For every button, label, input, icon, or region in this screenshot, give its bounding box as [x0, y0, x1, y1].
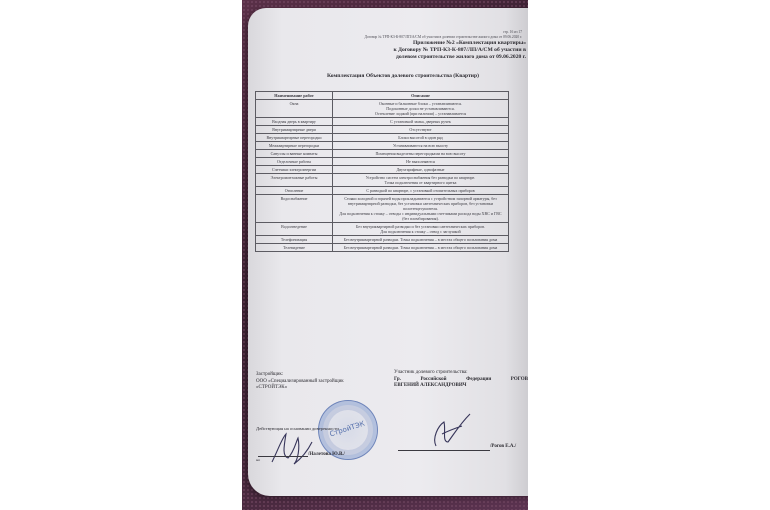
table-row: Отделочные работыНе выполняются	[256, 158, 509, 166]
participant-block: Участник долевого строительства: Гр. Рос…	[394, 370, 528, 390]
work-name-cell: Внутриквартирные двери	[256, 126, 333, 134]
work-name-cell: Отопление	[256, 187, 333, 195]
developer-signature	[268, 428, 316, 468]
participant-signatory: /Рогов Е.А./	[490, 444, 516, 451]
table-row: Счетчики электроэнергииДвухтарифные, одн…	[256, 166, 509, 174]
description-cell: Без внутриквартирной разводки и без уста…	[333, 223, 509, 236]
work-name-cell: Счетчики электроэнергии	[256, 166, 333, 174]
work-name-cell: Окна	[256, 100, 333, 118]
description-line: Точка подключения от квартирного щитка	[336, 180, 505, 185]
description-cell: Устройство систем электроснабжения без р…	[333, 174, 509, 187]
work-name-cell: Санузлы и ванные комнаты	[256, 150, 333, 158]
description-cell: Помещения выделены перегородками на всю …	[333, 150, 509, 158]
table-row: Внутриквартирные двериОтсутствуют	[256, 126, 509, 134]
description-cell: Без внутриквартирной разводки. Точка под…	[333, 244, 509, 252]
description-line: Устанавливаются на всю высоту	[336, 143, 505, 148]
annex-title: Приложение №2 «Комплектация квартиры» к …	[346, 40, 526, 61]
description-cell: Устанавливаются на всю высоту	[333, 142, 509, 150]
description-line: Для подключения к стояку – отвод с заглу…	[336, 229, 505, 234]
description-cell: Двухтарифные, однофазные	[333, 166, 509, 174]
work-name-cell: Межквартирные перегородки	[256, 142, 333, 150]
paper-sheet: стр. 16 из 17 Договор № ТРП-К3-К-807/ЛП/…	[248, 8, 528, 496]
developer-org-line-2: «СТРОЙТЭК»	[256, 385, 376, 392]
mp-mark: мп	[256, 457, 260, 464]
developer-signatory: /Налетова Ю.В./	[308, 452, 345, 459]
work-name-cell: Входная дверь в квартиру	[256, 118, 333, 126]
table-row: ВодоотведениеБез внутриквартирной развод…	[256, 223, 509, 236]
description-line: Отсутствуют	[336, 127, 505, 132]
participant-signature-line	[398, 450, 490, 451]
participant-signature	[426, 412, 476, 452]
table-row: ТелевидениеБез внутриквартирной разводки…	[256, 244, 509, 252]
description-cell: С установкой замка, дверных ручек	[333, 118, 509, 126]
description-cell: С разводкой по квартире, с установкой от…	[333, 187, 509, 195]
table-row: Входная дверь в квартируС установкой зам…	[256, 118, 509, 126]
description-line: Без внутриквартирной разводки. Точка под…	[336, 245, 505, 250]
table-header-row: Наименование работ Описание	[256, 92, 509, 100]
developer-signature-line	[258, 456, 308, 457]
annex-line-3: долевом строительстве жилого дома от 09.…	[346, 54, 526, 61]
running-head: стр. 16 из 17 Договор № ТРП-К3-К-807/ЛП/…	[272, 30, 522, 40]
table-row: ТелефонизацияБез внутриквартирной развод…	[256, 236, 509, 244]
header-description: Описание	[333, 92, 509, 100]
description-line: Остекление лоджий (при наличии) – устана…	[336, 111, 505, 116]
table-row: ОтоплениеС разводкой по квартире, с уста…	[256, 187, 509, 195]
work-name-cell: Телевидение	[256, 244, 333, 252]
description-cell: Не выполняются	[333, 158, 509, 166]
table-row: ОкнаОконные и балконные блоки – устанавл…	[256, 100, 509, 118]
description-line: Двухтарифные, однофазные	[336, 167, 505, 172]
work-name-cell: Водоотведение	[256, 223, 333, 236]
table-row: ВодоснабжениеСтояки холодной и горячей в…	[256, 195, 509, 223]
table-row: Внутриквартирные перегородкиБлоки высото…	[256, 134, 509, 142]
table-row: Санузлы и ванные комнатыПомещения выделе…	[256, 150, 509, 158]
description-line: С разводкой по квартире, с установкой от…	[336, 188, 505, 193]
work-name-cell: Отделочные работы	[256, 158, 333, 166]
header-work-name: Наименование работ	[256, 92, 333, 100]
description-line: Для подключения к стояку – отводы с инди…	[336, 211, 505, 221]
description-line: Помещения выделены перегородками на всю …	[336, 151, 505, 156]
description-cell: Оконные и балконные блоки – устанавливаю…	[333, 100, 509, 118]
participant-line-2: ЕВГЕНИЙ АЛЕКСАНДРОВИЧ	[394, 383, 528, 390]
description-line: Стояки холодной и горячей воды прокладыв…	[336, 196, 505, 211]
description-cell: Без внутриквартирной разводки. Точка под…	[333, 236, 509, 244]
work-name-cell: Телефонизация	[256, 236, 333, 244]
description-cell: Отсутствуют	[333, 126, 509, 134]
annex-line-1: Приложение №2 «Комплектация квартиры»	[346, 40, 526, 47]
annex-line-2: к Договору № ТРП-К3-К-807/ЛП/А/СМ об уча…	[346, 47, 526, 54]
developer-block: Застройщик: ООО «Специализированный заст…	[256, 372, 376, 392]
document-photo: стр. 16 из 17 Договор № ТРП-К3-К-807/ЛП/…	[242, 0, 528, 510]
work-name-cell: Водоснабжение	[256, 195, 333, 223]
specification-table: Наименование работ Описание ОкнаОконные …	[255, 91, 509, 252]
description-line: Не выполняются	[336, 159, 505, 164]
table-row: Электромонтажные работыУстройство систем…	[256, 174, 509, 187]
description-line: Без внутриквартирной разводки. Точка под…	[336, 237, 505, 242]
work-name-cell: Электромонтажные работы	[256, 174, 333, 187]
description-cell: Стояки холодной и горячей воды прокладыв…	[333, 195, 509, 223]
description-line: С установкой замка, дверных ручек	[336, 119, 505, 124]
work-name-cell: Внутриквартирные перегородки	[256, 134, 333, 142]
table-row: Межквартирные перегородкиУстанавливаются…	[256, 142, 509, 150]
description-cell: Блоки высотой в один ряд	[333, 134, 509, 142]
document-title: Комплектация Объектов долевого строитель…	[298, 73, 508, 79]
description-line: Блоки высотой в один ряд	[336, 135, 505, 140]
